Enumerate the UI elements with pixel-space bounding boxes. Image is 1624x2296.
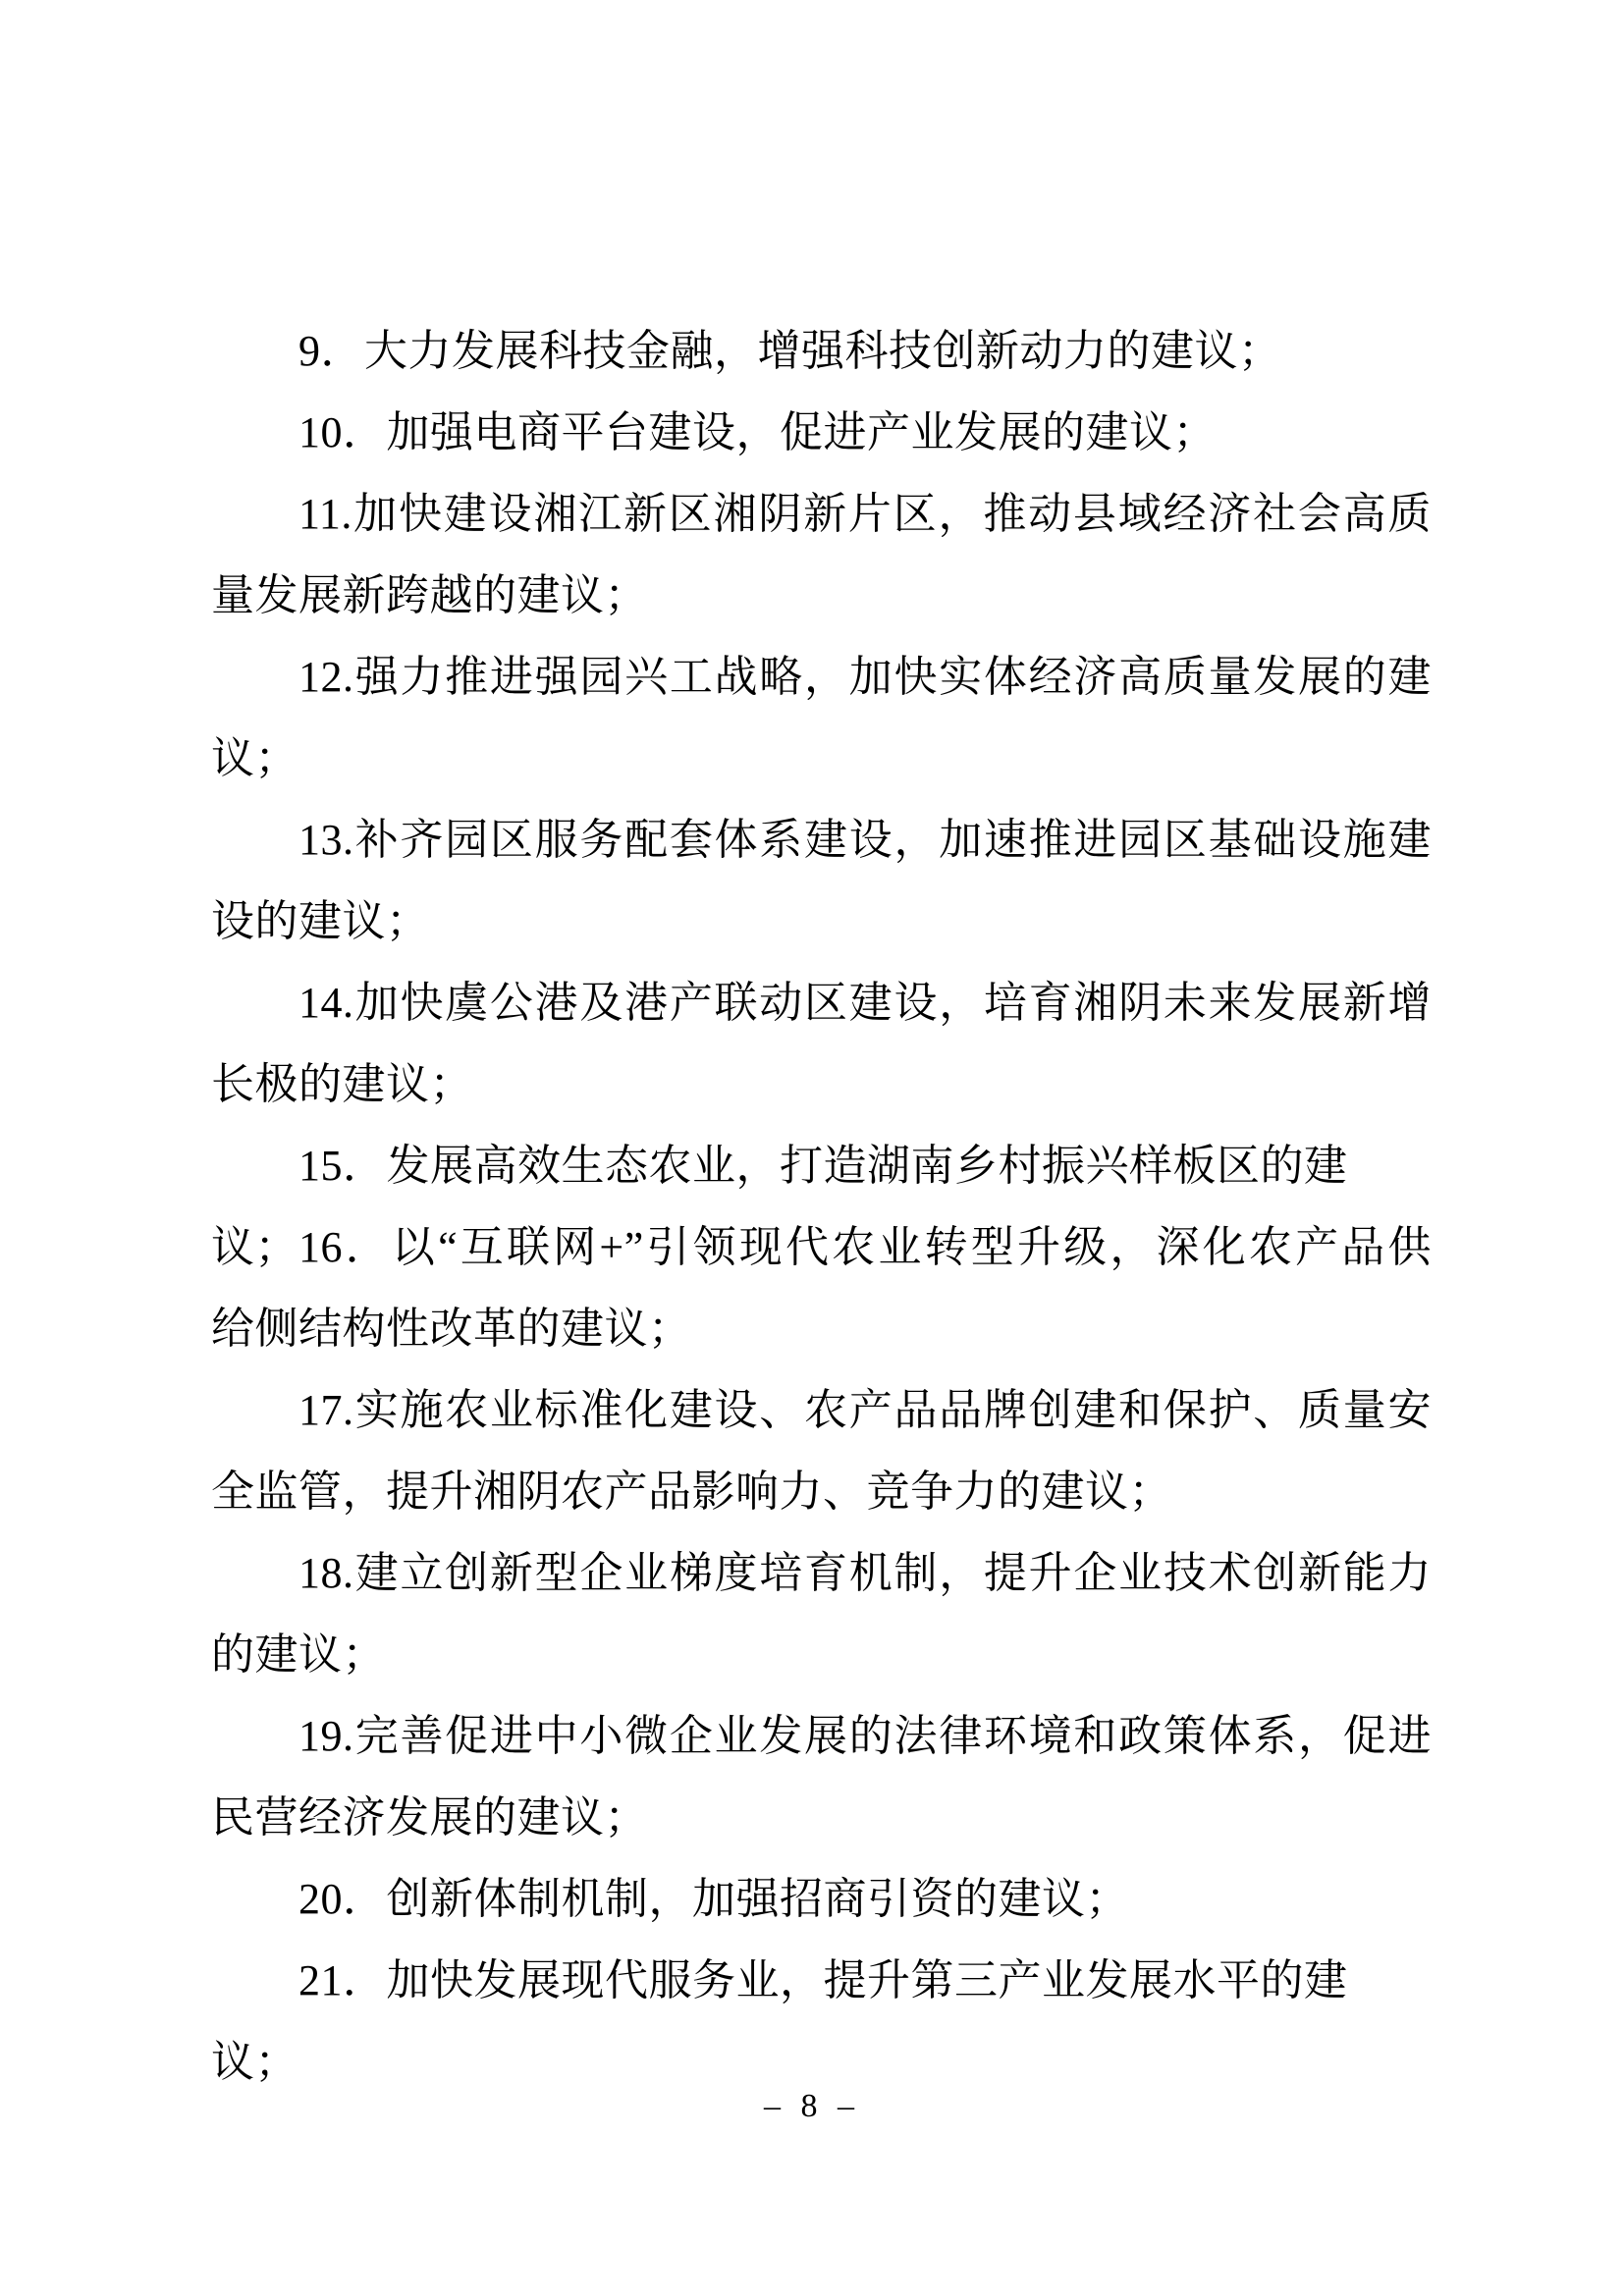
document-page: 9．大力发展科技金融，增强科技创新动力的建议； 10．加强电商平台建设，促进产业… [0,0,1624,2296]
list-item-17-line-2: 全监管，提升湘阴农产品影响力、竞争力的建议； [211,1451,1432,1532]
list-item-9: 9．大力发展科技金融，增强科技创新动力的建议； [211,310,1432,392]
list-item-19-line-1: 19.完善促进中小微企业发展的法律环境和政策体系，促进 [211,1695,1432,1777]
list-item-18-line-1: 18.建立创新型企业梯度培育机制，提升企业技术创新能力 [211,1532,1432,1614]
list-item-19-line-2: 民营经济发展的建议； [211,1777,1432,1858]
list-item-14-line-2: 长极的建议； [211,1043,1432,1125]
list-item-13-line-1: 13.补齐园区服务配套体系建设，加速推进园区基础设施建 [211,799,1432,881]
list-item-15: 15．发展高效生态农业，打造湖南乡村振兴样板区的建议； [211,1125,1432,1206]
list-item-18-line-2: 的建议； [211,1614,1432,1695]
list-item-20: 20．创新体制机制，加强招商引资的建议； [211,1858,1432,1940]
page-number: – 8 – [0,2087,1624,2126]
suggestion-list: 9．大力发展科技金融，增强科技创新动力的建议； 10．加强电商平台建设，促进产业… [211,310,1432,2021]
list-item-14-line-1: 14.加快虞公港及港产联动区建设，培育湘阴未来发展新增 [211,962,1432,1043]
list-item-12-line-2: 议； [211,718,1432,799]
list-item-16-line-2: 给侧结构性改革的建议； [211,1288,1432,1369]
list-item-10: 10．加强电商平台建设，促进产业发展的建议； [211,392,1432,473]
list-item-17-line-1: 17.实施农业标准化建设、农产品品牌创建和保护、质量安 [211,1369,1432,1451]
list-item-12-line-1: 12.强力推进强园兴工战略，加快实体经济高质量发展的建 [211,636,1432,718]
list-item-11-line-2: 量发展新跨越的建议； [211,555,1432,636]
list-item-13-line-2: 设的建议； [211,881,1432,962]
list-item-21: 21．加快发展现代服务业，提升第三产业发展水平的建议； [211,1940,1432,2021]
list-item-11-line-1: 11.加快建设湘江新区湘阴新片区，推动县域经济社会高质 [211,473,1432,555]
list-item-16-line-1: 16．以“互联网+”引领现代农业转型升级，深化农产品供 [211,1206,1432,1288]
